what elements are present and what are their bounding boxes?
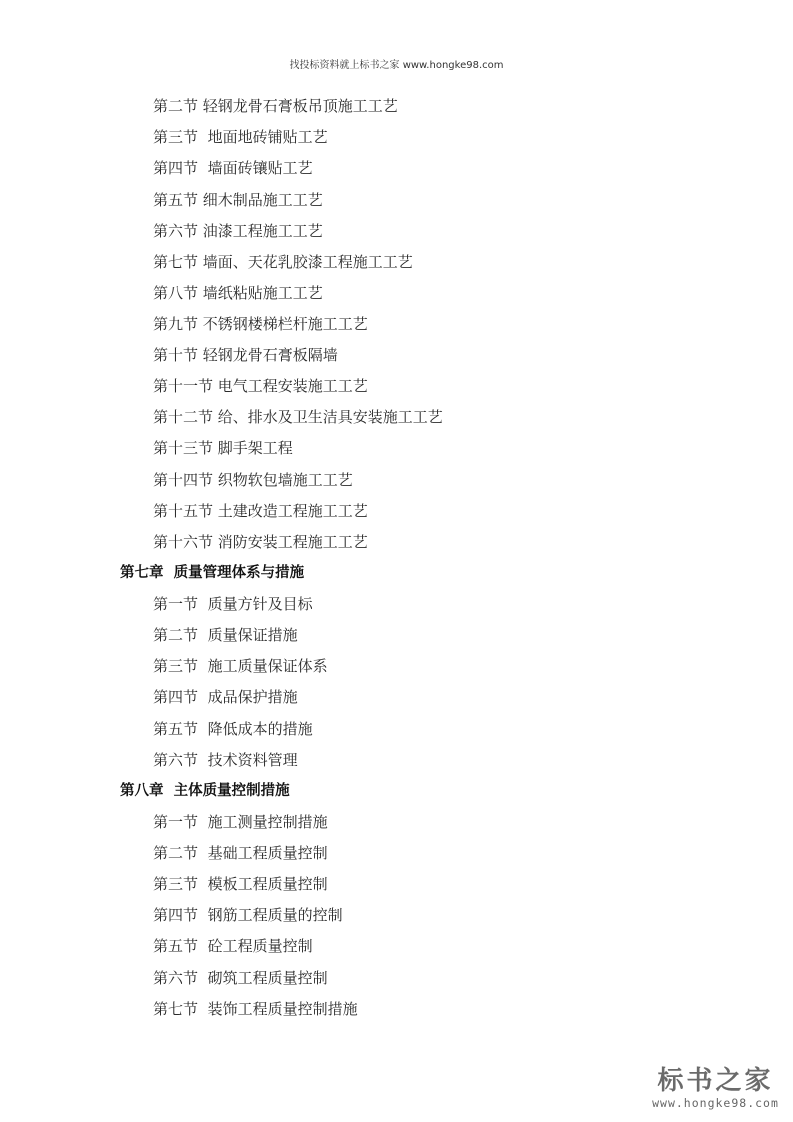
toc-entry-title: 降低成本的措施: [208, 719, 313, 739]
toc-entry-title: 质量管理体系与措施: [174, 563, 305, 583]
toc-entry-gap: [198, 875, 208, 893]
toc-entry-number: 第十一节: [153, 376, 213, 396]
toc-entry-number: 第六节: [153, 750, 198, 770]
toc-section-entry: 第八节 墙纸粘贴施工工艺: [153, 283, 323, 303]
toc-entry-title: 油漆工程施工工艺: [203, 221, 323, 241]
toc-entry-number: 第一节: [153, 812, 198, 832]
toc-entry-title: 施工质量保证体系: [208, 656, 328, 676]
toc-entry-gap: [164, 565, 174, 581]
toc-entry-number: 第九节: [153, 314, 198, 334]
toc-entry-number: 第十节: [153, 345, 198, 365]
toc-section-entry: 第一节 质量方针及目标: [153, 594, 313, 614]
toc-entry-title: 砌筑工程质量控制: [208, 968, 328, 988]
toc-section-entry: 第五节 降低成本的措施: [153, 719, 313, 739]
toc-entry-gap: [164, 783, 174, 799]
toc-entry-number: 第八章: [120, 781, 164, 801]
toc-section-entry: 第四节 墙面砖镶贴工艺: [153, 158, 313, 178]
toc-entry-number: 第四节: [153, 905, 198, 925]
toc-entry-title: 砼工程质量控制: [208, 936, 313, 956]
toc-section-entry: 第五节 砼工程质量控制: [153, 936, 313, 956]
toc-entry-gap: [198, 906, 208, 924]
toc-entry-title: 地面地砖铺贴工艺: [208, 127, 328, 147]
toc-section-entry: 第二节 基础工程质量控制: [153, 843, 328, 863]
toc-entry-number: 第二节: [153, 843, 198, 863]
toc-entry-number: 第三节: [153, 127, 198, 147]
toc-section-entry: 第四节 钢筋工程质量的控制: [153, 905, 343, 925]
toc-section-entry: 第三节 施工质量保证体系: [153, 656, 328, 676]
toc-entry-number: 第三节: [153, 656, 198, 676]
logo-brand-text: 标书之家: [648, 1066, 783, 1096]
toc-entry-number: 第十六节: [153, 532, 213, 552]
toc-entry-title: 钢筋工程质量的控制: [208, 905, 343, 925]
toc-entry-title: 技术资料管理: [208, 750, 298, 770]
toc-section-entry: 第一节 施工测量控制措施: [153, 812, 328, 832]
toc-section-entry: 第九节 不锈钢楼梯栏杆施工工艺: [153, 314, 368, 334]
toc-entry-number: 第六节: [153, 221, 198, 241]
toc-entry-gap: [198, 844, 208, 862]
toc-section-entry: 第七节 装饰工程质量控制措施: [153, 999, 358, 1019]
toc-entry-title: 墙纸粘贴施工工艺: [203, 283, 323, 303]
toc-entry-title: 基础工程质量控制: [208, 843, 328, 863]
toc-section-entry: 第六节 油漆工程施工工艺: [153, 221, 323, 241]
toc-entry-gap: [198, 937, 208, 955]
toc-entry-number: 第四节: [153, 158, 198, 178]
toc-section-entry: 第十二节 给、排水及卫生洁具安装施工工艺: [153, 407, 443, 427]
toc-entry-title: 模板工程质量控制: [208, 874, 328, 894]
toc-entry-gap: [198, 720, 208, 738]
toc-entry-number: 第七章: [120, 563, 164, 583]
toc-entry-gap: [198, 813, 208, 831]
toc-entry-title: 脚手架工程: [218, 438, 293, 458]
toc-entry-gap: [198, 595, 208, 613]
toc-entry-gap: [198, 969, 208, 987]
toc-entry-title: 轻钢龙骨石膏板吊顶施工工艺: [203, 96, 398, 116]
toc-entry-title: 主体质量控制措施: [174, 781, 290, 801]
toc-entry-number: 第八节: [153, 283, 198, 303]
toc-entry-number: 第十五节: [153, 501, 213, 521]
toc-entry-gap: [198, 1000, 208, 1018]
toc-entry-number: 第十二节: [153, 407, 213, 427]
toc-entry-title: 电气工程安装施工工艺: [218, 376, 368, 396]
toc-entry-number: 第一节: [153, 594, 198, 614]
toc-chapter-entry: 第七章 质量管理体系与措施: [120, 563, 304, 583]
toc-section-entry: 第六节 技术资料管理: [153, 750, 298, 770]
toc-entry-number: 第十四节: [153, 470, 213, 490]
toc-entry-gap: [198, 688, 208, 706]
toc-entry-title: 装饰工程质量控制措施: [208, 999, 358, 1019]
toc-entry-gap: [198, 159, 208, 177]
toc-entry-number: 第五节: [153, 719, 198, 739]
toc-entry-title: 墙面砖镶贴工艺: [208, 158, 313, 178]
toc-entry-number: 第十三节: [153, 438, 213, 458]
logo-url-text: www.hongke98.com: [648, 1096, 783, 1110]
toc-entry-title: 细木制品施工工艺: [203, 190, 323, 210]
toc-entry-gap: [198, 657, 208, 675]
toc-entry-number: 第六节: [153, 968, 198, 988]
toc-section-entry: 第十五节 土建改造工程施工工艺: [153, 501, 368, 521]
toc-section-entry: 第三节 地面地砖铺贴工艺: [153, 127, 328, 147]
toc-entry-number: 第四节: [153, 687, 198, 707]
toc-section-entry: 第七节 墙面、天花乳胶漆工程施工工艺: [153, 252, 413, 272]
toc-entry-number: 第五节: [153, 936, 198, 956]
toc-entry-gap: [198, 751, 208, 769]
toc-entry-title: 给、排水及卫生洁具安装施工工艺: [218, 407, 443, 427]
toc-section-entry: 第六节 砌筑工程质量控制: [153, 968, 328, 988]
toc-section-entry: 第五节 细木制品施工工艺: [153, 190, 323, 210]
toc-entry-title: 墙面、天花乳胶漆工程施工工艺: [203, 252, 413, 272]
toc-entry-title: 织物软包墙施工工艺: [218, 470, 353, 490]
toc-entry-title: 消防安装工程施工工艺: [218, 532, 368, 552]
toc-section-entry: 第二节 质量保证措施: [153, 625, 298, 645]
toc-section-entry: 第十六节 消防安装工程施工工艺: [153, 532, 368, 552]
toc-entry-number: 第七节: [153, 252, 198, 272]
toc-chapter-entry: 第八章 主体质量控制措施: [120, 781, 290, 801]
toc-entry-gap: [198, 626, 208, 644]
toc-entry-title: 质量保证措施: [208, 625, 298, 645]
toc-section-entry: 第四节 成品保护措施: [153, 687, 298, 707]
toc-entry-number: 第七节: [153, 999, 198, 1019]
toc-entry-title: 施工测量控制措施: [208, 812, 328, 832]
toc-entry-number: 第二节: [153, 625, 198, 645]
toc-entry-title: 不锈钢楼梯栏杆施工工艺: [203, 314, 368, 334]
page-header-watermark: 找投标资料就上标书之家 www.hongke98.com: [0, 56, 793, 71]
toc-section-entry: 第十节 轻钢龙骨石膏板隔墙: [153, 345, 338, 365]
toc-section-entry: 第十四节 织物软包墙施工工艺: [153, 470, 353, 490]
toc-section-entry: 第十一节 电气工程安装施工工艺: [153, 376, 368, 396]
toc-entry-number: 第二节: [153, 96, 198, 116]
toc-entry-gap: [198, 128, 208, 146]
toc-section-entry: 第三节 模板工程质量控制: [153, 874, 328, 894]
toc-entry-number: 第五节: [153, 190, 198, 210]
toc-entry-title: 土建改造工程施工工艺: [218, 501, 368, 521]
toc-entry-number: 第三节: [153, 874, 198, 894]
toc-section-entry: 第十三节 脚手架工程: [153, 438, 293, 458]
toc-section-entry: 第二节 轻钢龙骨石膏板吊顶施工工艺: [153, 96, 398, 116]
site-logo: 标书之家 www.hongke98.com: [648, 1066, 783, 1110]
toc-entry-title: 质量方针及目标: [208, 594, 313, 614]
toc-entry-title: 成品保护措施: [208, 687, 298, 707]
toc-entry-title: 轻钢龙骨石膏板隔墙: [203, 345, 338, 365]
